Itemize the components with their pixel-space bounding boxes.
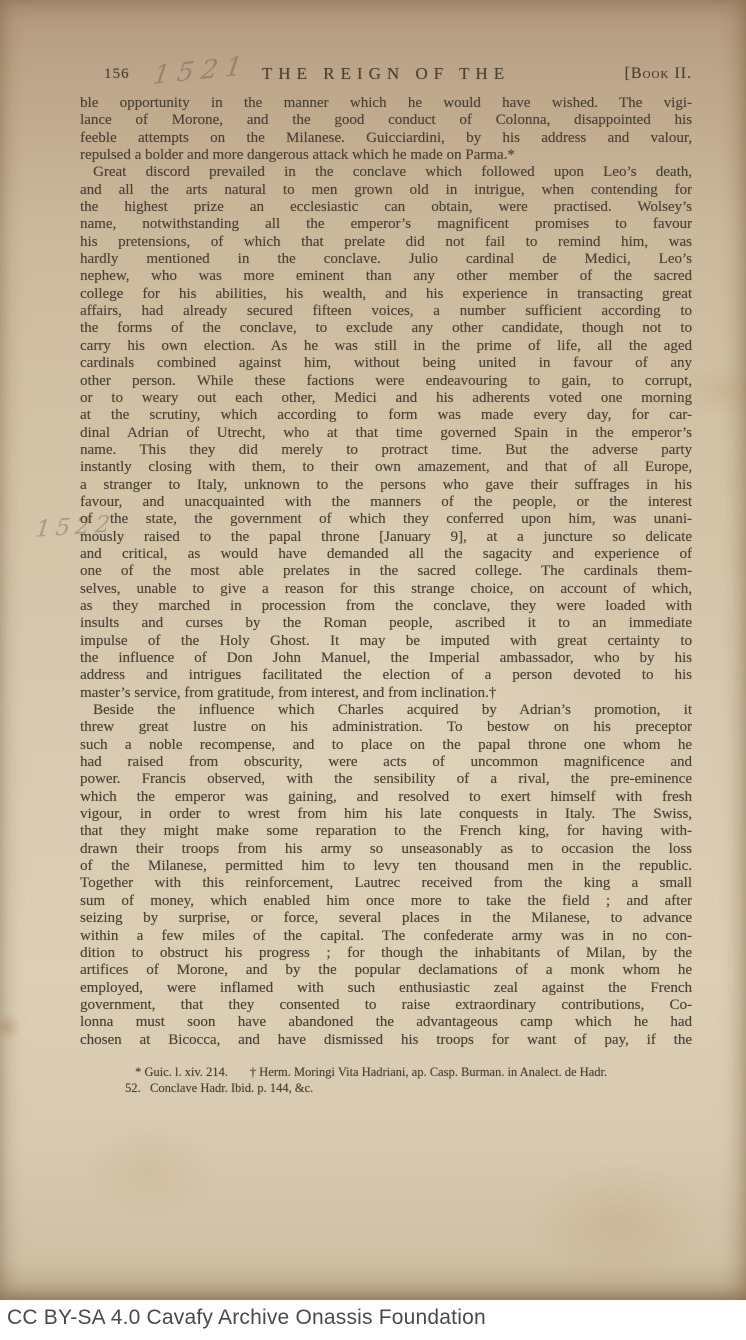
- paragraph: ble opportunity in the manner which he w…: [80, 95, 692, 164]
- text-line: feeble attempts on the Milanese. Guiccia…: [80, 130, 692, 147]
- text-line: name. This they did merely to protract t…: [80, 442, 692, 459]
- text-line: threw great lustre on his administration…: [80, 719, 692, 736]
- text-line: seizing by surprise, or force, several p…: [80, 910, 692, 927]
- text-line: as they marched in procession from the c…: [80, 598, 692, 615]
- text-line: the forms of the conclave, to exclude an…: [80, 320, 692, 337]
- text-line: the highest prize an ecclesiastic can ob…: [80, 199, 692, 216]
- footnote: * Guic. l. xiv. 214. † Herm. Moringi Vit…: [125, 1064, 700, 1096]
- text-line: dinal Adrian of Utrecht, who at that tim…: [80, 425, 692, 442]
- footnote-line: * Guic. l. xiv. 214. † Herm. Moringi Vit…: [125, 1064, 700, 1080]
- text-line: a stranger to Italy, unknown to the pers…: [80, 477, 692, 494]
- text-line: of the state, the government of which th…: [80, 511, 692, 528]
- text-line: repulsed a bolder and more dangerous att…: [80, 147, 692, 164]
- text-line: selves, unable to give a reason for this…: [80, 581, 692, 598]
- text-line: lonna must soon have abandoned the advan…: [80, 1014, 692, 1031]
- text-line: chosen at Bicocca, and have dismissed hi…: [80, 1032, 692, 1049]
- text-line: his pretensions, of which that prelate d…: [80, 234, 692, 251]
- text-line: that they might make some reparation to …: [80, 823, 692, 840]
- text-line: of the Milanese, permitted him to levy t…: [80, 858, 692, 875]
- text-line: such a noble recompense, and to place on…: [80, 737, 692, 754]
- attribution-bar: CC BY-SA 4.0 Cavafy Archive Onassis Foun…: [0, 1300, 746, 1340]
- text-line: sum of money, which enabled him once mor…: [80, 893, 692, 910]
- text-line: carry his own election. As he was still …: [80, 338, 692, 355]
- text-line: ble opportunity in the manner which he w…: [80, 95, 692, 112]
- text-line: impulse of the Holy Ghost. It may be imp…: [80, 633, 692, 650]
- text-line: government, that they consented to raise…: [80, 997, 692, 1014]
- paragraph: Beside the influence which Charles acqui…: [80, 702, 692, 1049]
- footnote-line: 52. Conclave Hadr. Ibid. p. 144, &c.: [125, 1080, 700, 1096]
- text-line: mously raised to the papal throne [Janua…: [80, 529, 692, 546]
- body-text: ble opportunity in the manner which he w…: [80, 95, 692, 1049]
- text-line: one of the most able prelates in the sac…: [80, 563, 692, 580]
- text-line: Beside the influence which Charles acqui…: [80, 702, 692, 719]
- text-line: cardinals combined against him, without …: [80, 355, 692, 372]
- text-line: and critical, as would have demanded all…: [80, 546, 692, 563]
- text-line: artifices of Morone, and by the popular …: [80, 962, 692, 979]
- text-line: hardly mentioned in the conclave. Julio …: [80, 251, 692, 268]
- text-line: name, notwithstanding all the emperor’s …: [80, 216, 692, 233]
- text-line: nephew, who was more eminent than any ot…: [80, 268, 692, 285]
- text-line: college for his abilities, his wealth, a…: [80, 286, 692, 303]
- text-line: drawn their troops from his army so unse…: [80, 841, 692, 858]
- text-line: had raised from obscurity, were acts of …: [80, 754, 692, 771]
- text-line: address and intrigues facilitated the el…: [80, 667, 692, 684]
- text-line: dition to obstruct his progress ; for th…: [80, 945, 692, 962]
- text-line: and all the arts natural to men grown ol…: [80, 182, 692, 199]
- text-line: which the emperor was gaining, and resol…: [80, 789, 692, 806]
- scanned-book-page: 156 THE REIGN OF THE [Book II. 1521 1522…: [0, 0, 746, 1300]
- text-line: or to weary out each other, Medici and h…: [80, 390, 692, 407]
- text-line: insults and curses by the Roman people, …: [80, 615, 692, 632]
- paragraph: Great discord prevailed in the conclave …: [80, 164, 692, 702]
- text-line: within a few miles of the capital. The c…: [80, 928, 692, 945]
- text-line: at the scrutiny, which according to form…: [80, 407, 692, 424]
- book-label: [Book II.: [625, 65, 693, 83]
- text-line: lance of Morone, and the good conduct of…: [80, 112, 692, 129]
- text-line: other person. While these factions were …: [80, 373, 692, 390]
- text-line: the influence of Don John Manuel, the Im…: [80, 650, 692, 667]
- text-line: affairs, had already secured fifteen voi…: [80, 303, 692, 320]
- text-line: master’s service, from gratitude, from i…: [80, 685, 692, 702]
- text-line: power. Francis observed, with the sensib…: [80, 771, 692, 788]
- text-line: instantly closing with them, to their ow…: [80, 459, 692, 476]
- text-line: employed, were inflamed with such enthus…: [80, 980, 692, 997]
- attribution-text: CC BY-SA 4.0 Cavafy Archive Onassis Foun…: [7, 1306, 486, 1330]
- text-line: vigour, in order to wrest from him his l…: [80, 806, 692, 823]
- text-line: Great discord prevailed in the conclave …: [80, 164, 692, 181]
- text-line: Together with this reinforcement, Lautre…: [80, 875, 692, 892]
- text-line: favour, and unacquainted with the manner…: [80, 494, 692, 511]
